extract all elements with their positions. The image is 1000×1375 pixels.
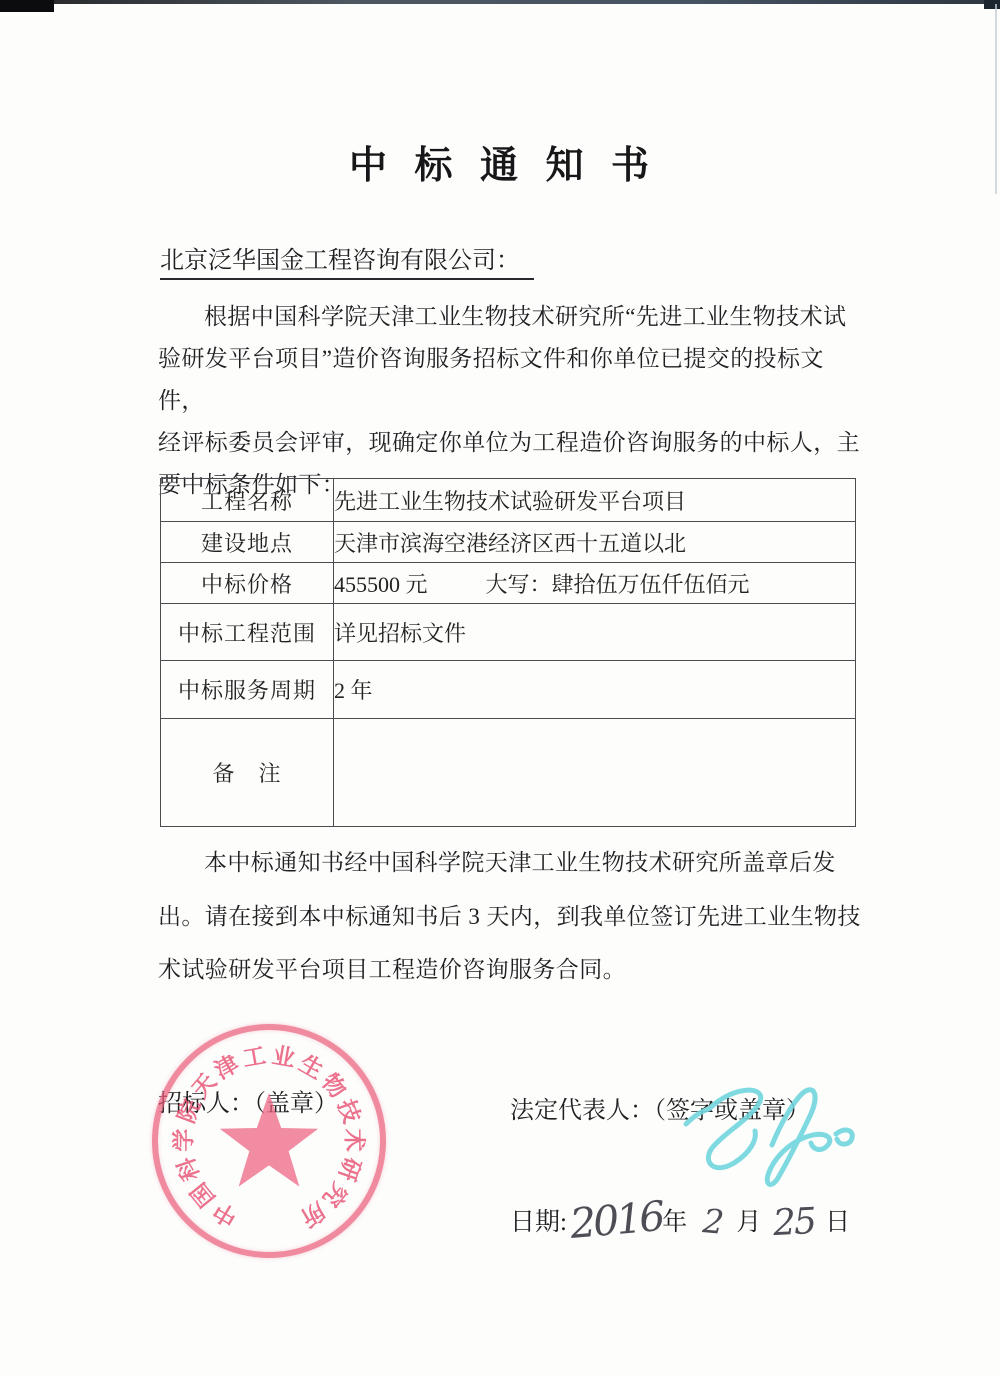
stamp-character: 科	[168, 1153, 207, 1186]
day-unit: 日	[825, 1209, 850, 1236]
stamp-ring	[152, 1024, 386, 1258]
paragraph-line: 验研发平台项目”造价咨询服务招标文件和你单位已提交的投标文件，	[158, 338, 868, 422]
conditions-table-body: 工程名称先进工业生物技术试验研发平台项目建设地点天津市滨海空港经济区西十五道以北…	[161, 479, 856, 827]
stamp-character: 津	[208, 1045, 244, 1085]
stamp-character: 中	[206, 1196, 243, 1236]
row-value: 455500 元大写：肆拾伍万伍仟伍佰元	[334, 563, 856, 604]
stamp-character: 所	[295, 1196, 332, 1236]
scanned-document-page: 中 标 通 知 书 北京泛华国金工程咨询有限公司： 根据中国科学院天津工业生物技…	[0, 0, 1000, 1375]
handwritten-month: 2	[702, 1204, 726, 1239]
official-stamp: 中国科学院天津工业生物技术研究所	[150, 1022, 388, 1260]
stamp-character: 工	[240, 1037, 268, 1073]
year-unit: 年	[662, 1209, 687, 1236]
stamp-character: 术	[339, 1128, 372, 1151]
table-row: 中标工程范围详见招标文件	[161, 604, 856, 661]
handwritten-day: 25	[772, 1204, 816, 1242]
paragraph-line: 根据中国科学院天津工业生物技术研究所“先进工业生物技术试	[158, 296, 868, 338]
table-row: 工程名称先进工业生物技术试验研发平台项目	[161, 479, 856, 522]
handwritten-year: 2016	[568, 1196, 664, 1245]
row-label: 备 注	[161, 719, 334, 827]
stamp-character: 研	[332, 1153, 371, 1186]
date-line: 日期:2016年2月25日	[510, 1196, 850, 1238]
table-row: 建设地点天津市滨海空港经济区西十五道以北	[161, 522, 856, 563]
table-row: 中标价格455500 元大写：肆拾伍万伍仟伍佰元	[161, 563, 856, 604]
row-value: 先进工业生物技术试验研发平台项目	[334, 479, 856, 522]
paragraph-line: 经评标委员会评审，现确定你单位为工程造价咨询服务的中标人，主	[158, 422, 868, 464]
row-label: 中标服务周期	[161, 661, 334, 719]
scan-mark-top-right	[984, 0, 1000, 9]
stamp-character: 生	[294, 1045, 330, 1085]
addressee-line: 北京泛华国金工程咨询有限公司：	[160, 240, 534, 280]
closing-paragraph: 本中标通知书经中国科学院天津工业生物技术研究所盖章后发出。请在接到本中标通知书后…	[158, 836, 868, 997]
scan-edge-artifact-top	[0, 0, 1000, 4]
table-row: 中标服务周期2 年	[161, 661, 856, 719]
row-value: 详见招标文件	[334, 604, 856, 661]
stamp-character: 国	[181, 1177, 221, 1216]
row-label: 中标工程范围	[161, 604, 334, 661]
month-unit: 月	[736, 1209, 761, 1236]
table-row: 备 注	[161, 719, 856, 827]
stamp-character: 究	[316, 1177, 356, 1216]
row-value: 2 年	[334, 661, 856, 719]
stamp-character: 业	[270, 1037, 298, 1073]
paragraph-line: 出。请在接到本中标通知书后 3 天内，到我单位签订先进工业生物技	[158, 890, 868, 944]
stamp-character: 学	[165, 1128, 198, 1151]
document-title: 中 标 通 知 书	[0, 134, 1000, 189]
row-value	[334, 719, 856, 827]
intro-paragraph: 根据中国科学院天津工业生物技术研究所“先进工业生物技术试验研发平台项目”造价咨询…	[158, 296, 868, 506]
handwritten-signature	[676, 1082, 872, 1194]
row-value: 天津市滨海空港经济区西十五道以北	[334, 522, 856, 563]
scan-blob-top-left	[0, 0, 54, 12]
row-label: 工程名称	[161, 479, 334, 522]
row-label: 中标价格	[161, 563, 334, 604]
row-value-words: 大写：肆拾伍万伍仟伍佰元	[486, 572, 750, 597]
date-prefix: 日期:	[510, 1209, 567, 1236]
row-label: 建设地点	[161, 522, 334, 563]
paragraph-line: 术试验研发平台项目工程造价咨询服务合同。	[158, 943, 868, 997]
paragraph-line: 本中标通知书经中国科学院天津工业生物技术研究所盖章后发	[158, 836, 868, 890]
tenderer-label: 招标人：（盖章）	[158, 1083, 338, 1118]
bid-conditions-table: 工程名称先进工业生物技术试验研发平台项目建设地点天津市滨海空港经济区西十五道以北…	[160, 478, 856, 827]
